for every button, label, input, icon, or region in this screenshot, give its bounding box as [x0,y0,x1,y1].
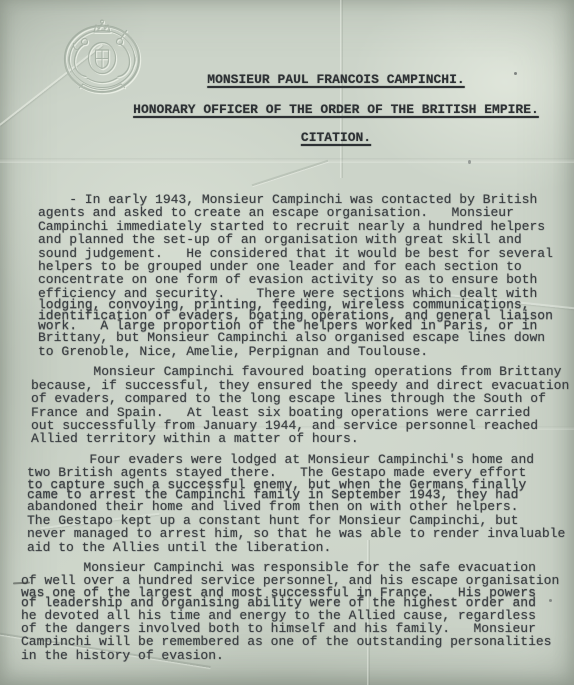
paragraph-text: Brittany, but Monsieur Campinchi also or… [38,331,574,358]
paragraph-text: Monsieur Campinchi was responsible for t… [21,561,574,588]
paragraph-text: - In early 1943, Monsieur Campinchi was … [38,193,574,300]
paragraph-2: Monsieur Campinchi favoured boating oper… [0,365,574,445]
paragraph-text: he devoted all his time and energy to th… [21,609,574,663]
document-headers: MONSIEUR PAUL FRANCOIS CAMPINCHI. HONORA… [96,72,574,145]
paper-crease [252,160,329,187]
paragraph-text-overstruck: lodging, convoying, printing, feeding, w… [38,300,574,331]
ink-speck [549,599,552,602]
paragraph-3: Four evaders were lodged at Monsieur Cam… [0,453,574,554]
ink-speck [468,160,471,164]
document-title: MONSIEUR PAUL FRANCOIS CAMPINCHI. [96,72,574,87]
paragraph-text-overstruck: was one of the largest and most successf… [21,588,574,609]
paragraph-text: Four evaders were lodged at Monsieur Cam… [27,453,574,480]
paragraph-text: abandoned their home and lived from then… [27,500,574,554]
paragraph-text-overstruck: to capture such a successful enemy, but … [27,480,574,501]
paragraph-4: Monsieur Campinchi was responsible for t… [0,561,574,662]
citation-body: - In early 1943, Monsieur Campinchi was … [0,193,574,669]
citation-heading: CITATION. [96,130,574,145]
paragraph-1: - In early 1943, Monsieur Campinchi was … [0,193,574,358]
document-subtitle: HONORARY OFFICER OF THE ORDER OF THE BRI… [96,102,574,117]
paper-fold-line [0,158,574,163]
document-page: MONSIEUR PAUL FRANCOIS CAMPINCHI. HONORA… [0,0,574,685]
ink-speck [514,72,517,75]
paragraph-text: Monsieur Campinchi favoured boating oper… [31,365,574,445]
